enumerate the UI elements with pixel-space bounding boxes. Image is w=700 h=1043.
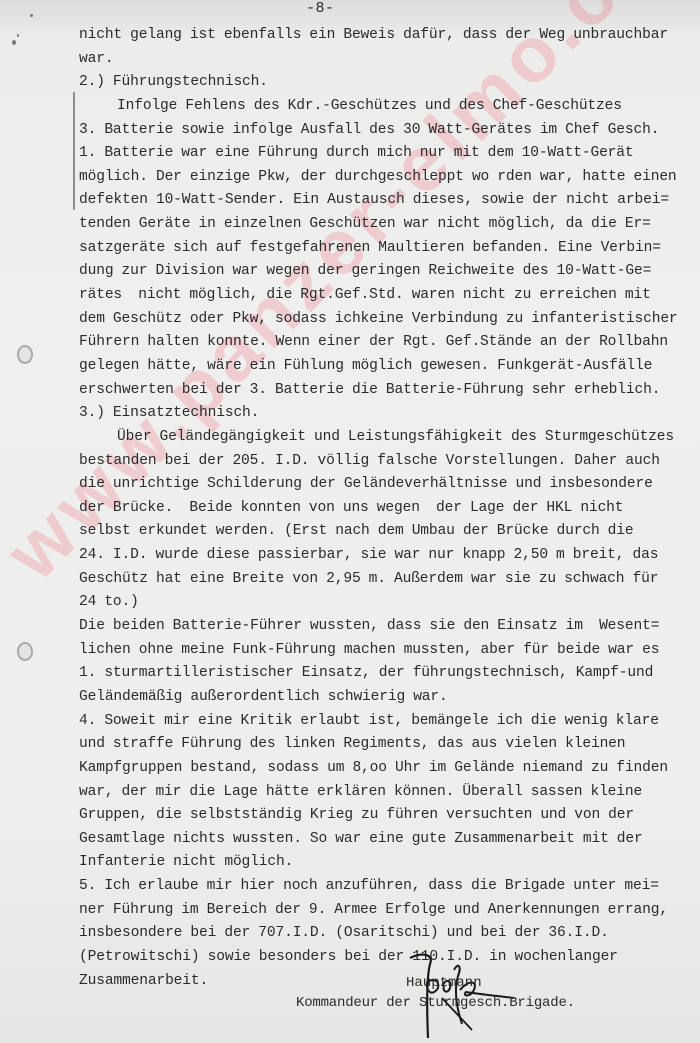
- text-line: ner Führung im Bereich der 9. Armee Erfo…: [79, 899, 699, 923]
- text-line: Zusammenarbeit.: [79, 970, 699, 994]
- text-line: Infolge Fehlens des Kdr.-Geschützes und …: [79, 95, 699, 119]
- text-line: Geschütz hat eine Breite von 2,95 m. Auß…: [79, 568, 699, 592]
- text-line: tenden Geräte in einzelnen Geschützen wa…: [79, 213, 699, 237]
- text-line: 1. Batterie war eine Führung durch mich …: [79, 142, 699, 166]
- text-line: 3.) Einsatztechnisch.: [79, 402, 699, 426]
- document-body: nicht gelang ist ebenfalls ein Beweis da…: [79, 24, 699, 993]
- text-line: insbesondere bei der 707.I.D. (Osaritsch…: [79, 922, 699, 946]
- text-line: Gruppen, die selbstständig Krieg zu führ…: [79, 804, 699, 828]
- paper-speck: [30, 14, 33, 17]
- text-line: erschwerten bei der 3. Batterie die Batt…: [79, 379, 699, 403]
- hole-punch-icon: [17, 642, 33, 661]
- text-line: satzgeräte sich auf festgefahrenen Mault…: [79, 237, 699, 261]
- text-line: war, der mir die Lage hätte erklären kön…: [79, 781, 699, 805]
- text-line: Die beiden Batterie-Führer wussten, dass…: [79, 615, 699, 639]
- text-line: 2.) Führungstechnisch.: [79, 71, 699, 95]
- text-line: 4. Soweit mir eine Kritik erlaubt ist, b…: [79, 710, 699, 734]
- text-line: Infanterie nicht möglich.: [79, 851, 699, 875]
- signature-rank: Hauptmann: [406, 975, 482, 991]
- text-line: dung zur Division war wegen der geringen…: [79, 260, 699, 284]
- text-line: bestanden bei der 205. I.D. völlig falsc…: [79, 450, 699, 474]
- text-line: und straffe Führung des linken Regiments…: [79, 733, 699, 757]
- hole-punch-icon: [17, 345, 33, 364]
- text-line: gelegen hätte, wäre ein Fühlung möglich …: [79, 355, 699, 379]
- text-line: Kampfgruppen bestand, sodass um 8,oo Uhr…: [79, 757, 699, 781]
- text-line: Führern halten konnte. Wenn einer der Rg…: [79, 331, 699, 355]
- paper-speck: [12, 40, 16, 45]
- text-line: 1. sturmartilleristischer Einsatz, der f…: [79, 662, 699, 686]
- text-line: nicht gelang ist ebenfalls ein Beweis da…: [79, 24, 699, 48]
- text-line: 24. I.D. wurde diese passierbar, sie war…: [79, 544, 699, 568]
- text-line: defekten 10-Watt-Sender. Ein Austausch d…: [79, 189, 699, 213]
- text-line: der Brücke. Beide konnten von uns wegen …: [79, 497, 699, 521]
- signature-role: Kommandeur der Sturmgesch.Brigade.: [296, 995, 575, 1011]
- text-line: 3. Batterie sowie infolge Ausfall des 30…: [79, 119, 699, 143]
- text-line: 5. Ich erlaube mir hier noch anzuführen,…: [79, 875, 699, 899]
- document-page: www.panzer-elmo.org -8- nicht gelang ist…: [0, 0, 700, 1043]
- text-line: selbst erkundet werden. (Erst nach dem U…: [79, 520, 699, 544]
- text-line: rätes nicht möglich, die Rgt.Gef.Std. wa…: [79, 284, 699, 308]
- text-line: Gesamtlage nichts wussten. So war eine g…: [79, 828, 699, 852]
- text-line: (Petrowitschi) sowie besonders bei der 1…: [79, 946, 699, 970]
- text-line: die unrichtige Schilderung der Geländeve…: [79, 473, 699, 497]
- page-number: -8-: [306, 0, 335, 17]
- text-line: lichen ohne meine Funk-Führung machen mu…: [79, 639, 699, 663]
- text-line: Geländemäßig außerordentlich schwierig w…: [79, 686, 699, 710]
- text-line: war.: [79, 48, 699, 72]
- paper-speck: [17, 34, 19, 37]
- text-line: möglich. Der einzige Pkw, der durchgesch…: [79, 166, 699, 190]
- text-line: Über Geländegängigkeit und Leistungsfähi…: [79, 426, 699, 450]
- pencil-margin-mark: [73, 92, 75, 210]
- text-line: 24 to.): [79, 591, 699, 615]
- text-line: dem Geschütz oder Pkw, sodass ichkeine V…: [79, 308, 699, 332]
